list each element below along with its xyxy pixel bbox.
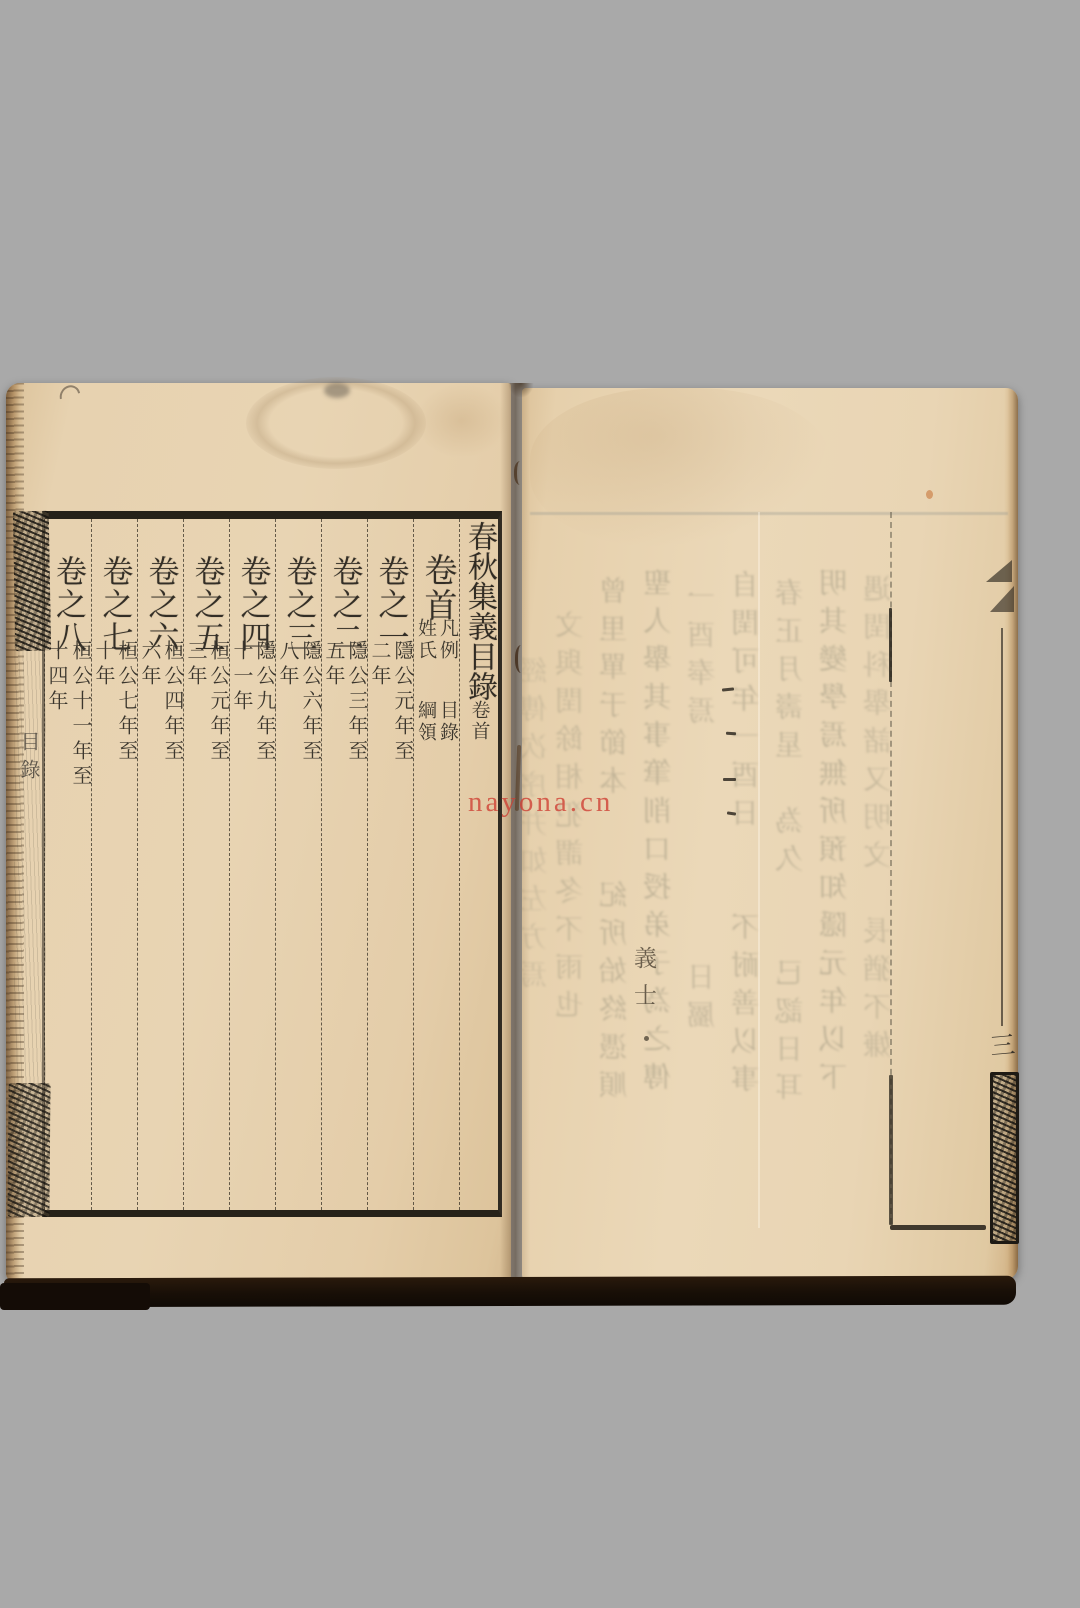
- toc-item: 綱領: [416, 700, 435, 744]
- ink-smudge-bottom-left: [7, 1083, 50, 1217]
- ink-smudge-top-left: [13, 511, 51, 652]
- book-title-sub: 卷首: [470, 700, 489, 742]
- book-title: 春秋集義目錄: [464, 521, 494, 701]
- toc-item: 姓氏: [416, 618, 435, 662]
- fore-edge-frame-line: [1001, 628, 1003, 1026]
- volume-range-start: 隱公元年至: [392, 640, 412, 765]
- fore-edge-ink-wedge: [986, 560, 1012, 582]
- fore-edge-ink-block: [990, 1072, 1019, 1244]
- show-through-frame-top: [530, 512, 1008, 515]
- foxing-spot: [926, 490, 933, 499]
- volume-range-end: 十年: [93, 640, 113, 690]
- faint-characters: 義士: [632, 946, 655, 1020]
- photographed-book-spread: 春秋集義目錄 卷首 卷首 凡例 目錄 姓氏 綱領 卷之一 隱公元年至 二年 卷之…: [0, 0, 1080, 1608]
- ghost-column: 自閏可年一酉日 不耐善以事: [734, 570, 762, 1102]
- left-page: 春秋集義目錄 卷首 卷首 凡例 目錄 姓氏 綱領 卷之一 隱公元年至 二年 卷之…: [6, 383, 511, 1280]
- folio-number: 三: [988, 1025, 1018, 1063]
- ghost-column: 春正月壽星 為久 已認日耳: [778, 578, 806, 1110]
- ghost-column: 一酉奉焉 日屬: [690, 582, 718, 1038]
- ghost-column: 明其變學焉無所預知隱元年以下: [822, 568, 850, 1100]
- margin-section-label: 目錄: [18, 731, 38, 787]
- toc-column-prefatory: 卷首 凡例 目錄 姓氏 綱領: [413, 519, 460, 1210]
- tan-stain: [414, 383, 509, 458]
- toc-column-volume-6: 卷之六 桓公四年至 六年: [137, 519, 184, 1210]
- volume-range-start: 桓公元年至: [208, 640, 228, 765]
- ink-dot: [644, 1036, 649, 1041]
- volume-range-start: 桓公四年至: [162, 640, 182, 765]
- toc-column-volume-7: 卷之七 桓公七年至 十年: [91, 519, 138, 1210]
- volume-range-start: 隱公九年至: [254, 640, 274, 765]
- gray-stain: [324, 383, 350, 398]
- volume-range-end: 五年: [323, 640, 343, 690]
- volume-range-start: 隱公六年至: [300, 640, 320, 765]
- water-stain: [530, 388, 830, 548]
- ink-transfer-mark: [726, 732, 736, 736]
- volume-range-end: 六年: [139, 640, 159, 690]
- book-bottom-edge-corner: [0, 1283, 150, 1310]
- right-page: 遇閏科舉諸又明文 長猶不嫌 明其變學焉無所預知隱元年以下 春正月壽星 為久 已認…: [522, 388, 1018, 1280]
- volume-range-start: 桓公十一年至: [70, 640, 90, 790]
- show-through-text: 遇閏科舉諸又明文 長猶不嫌 明其變學焉無所預知隱元年以下 春正月壽星 為久 已認…: [538, 568, 894, 1190]
- toc-column-volume-4: 卷之四 隱公九年至 十一年: [229, 519, 276, 1210]
- toc-item: 目錄: [438, 700, 457, 744]
- volume-range-end: 二年: [369, 640, 389, 690]
- toc-column-volume-1: 卷之一 隱公元年至 二年: [367, 519, 414, 1210]
- book-bottom-edge: [4, 1276, 1016, 1308]
- text-block-frame: 春秋集義目錄 卷首 卷首 凡例 目錄 姓氏 綱領 卷之一 隱公元年至 二年 卷之…: [42, 511, 502, 1217]
- volume-title: 卷首: [421, 553, 454, 623]
- volume-range-end: 三年: [185, 640, 205, 690]
- volume-range-end: 十四年: [46, 640, 66, 715]
- volume-range-end: 八年: [277, 640, 297, 690]
- fore-edge-ink-wedge: [990, 586, 1014, 612]
- toc-column-volume-5: 卷之五 桓公元年至 三年: [183, 519, 230, 1210]
- volume-range-end: 十一年: [231, 640, 251, 715]
- site-watermark: nayona.cn: [468, 786, 613, 819]
- volume-range-start: 桓公七年至: [116, 640, 136, 765]
- toc-column-volume-3: 卷之三 隱公六年至 八年: [275, 519, 322, 1210]
- ink-transfer-mark: [723, 778, 736, 781]
- toc-item: 凡例: [438, 618, 457, 662]
- volume-range-start: 隱公三年至: [346, 640, 366, 765]
- ghost-column: 聖人舉其事筆削口授弟子為之傳: [646, 568, 674, 1100]
- toc-title-column: 春秋集義目錄 卷首: [459, 519, 498, 1210]
- dark-line-segment: [889, 1075, 893, 1225]
- show-through-frame-corner: [890, 1225, 986, 1230]
- toc-column-volume-2: 卷之二 隱公三年至 五年: [321, 519, 368, 1210]
- toc-column-volume-8: 卷之八 桓公十一年至 十四年: [44, 519, 92, 1210]
- dark-line-segment: [889, 608, 892, 682]
- ghost-column: 曾里單于節本 紀所始終憑順: [602, 576, 630, 1108]
- page-corner-curl-mark: [56, 381, 85, 410]
